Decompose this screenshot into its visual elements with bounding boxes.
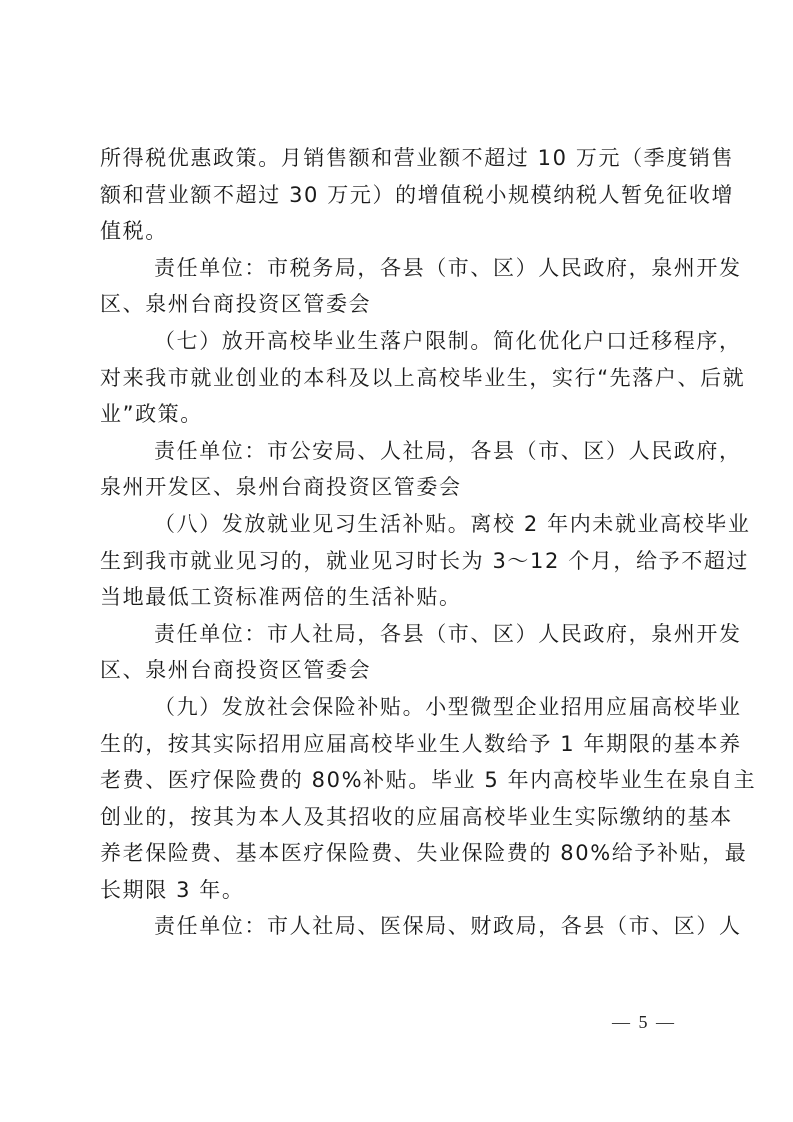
page-number: — 5 — <box>612 1012 676 1033</box>
text-line: 生的，按其实际招用应届高校毕业生人数给予 1 年期限的基本养 <box>100 726 696 763</box>
text-line: 养老保险费、基本医疗保险费、失业保险费的 80%给予补贴，最 <box>100 835 696 872</box>
text-line: 当地最低工资标准两倍的生活补贴。 <box>100 579 696 616</box>
section-heading-7: （七）放开高校毕业生落户限制。简化优化户口迁移程序， <box>100 323 696 360</box>
responsible-unit-line: 责任单位：市人社局，各县（市、区）人民政府，泉州开发 <box>100 616 696 653</box>
text-line: 值税。 <box>100 213 696 250</box>
text-line: 额和营业额不超过 30 万元）的增值税小规模纳税人暂免征收增 <box>100 177 696 214</box>
text-line: 业”政策。 <box>100 396 696 433</box>
document-page: 所得税优惠政策。月销售额和营业额不超过 10 万元（季度销售 额和营业额不超过 … <box>0 0 793 1122</box>
responsible-unit-line: 责任单位：市公安局、人社局，各县（市、区）人民政府， <box>100 433 696 470</box>
section-heading-8: （八）发放就业见习生活补贴。离校 2 年内未就业高校毕业 <box>100 506 696 543</box>
text-line: 老费、医疗保险费的 80%补贴。毕业 5 年内高校毕业生在泉自主 <box>100 762 696 799</box>
text-line: 泉州开发区、泉州台商投资区管委会 <box>100 469 696 506</box>
text-line: 生到我市就业见习的，就业见习时长为 3～12 个月，给予不超过 <box>100 543 696 580</box>
responsible-unit-line: 责任单位：市人社局、医保局、财政局，各县（市、区）人 <box>100 908 696 945</box>
responsible-unit-line: 责任单位：市税务局，各县（市、区）人民政府，泉州开发 <box>100 250 696 287</box>
text-line: 区、泉州台商投资区管委会 <box>100 286 696 323</box>
text-line: 长期限 3 年。 <box>100 872 696 909</box>
text-line: 区、泉州台商投资区管委会 <box>100 652 696 689</box>
text-line: 创业的，按其为本人及其招收的应届高校毕业生实际缴纳的基本 <box>100 799 696 836</box>
text-line: 对来我市就业创业的本科及以上高校毕业生，实行“先落户、后就 <box>100 360 696 397</box>
section-heading-9: （九）发放社会保险补贴。小型微型企业招用应届高校毕业 <box>100 689 696 726</box>
document-body: 所得税优惠政策。月销售额和营业额不超过 10 万元（季度销售 额和营业额不超过 … <box>100 140 696 945</box>
text-line: 所得税优惠政策。月销售额和营业额不超过 10 万元（季度销售 <box>100 140 696 177</box>
